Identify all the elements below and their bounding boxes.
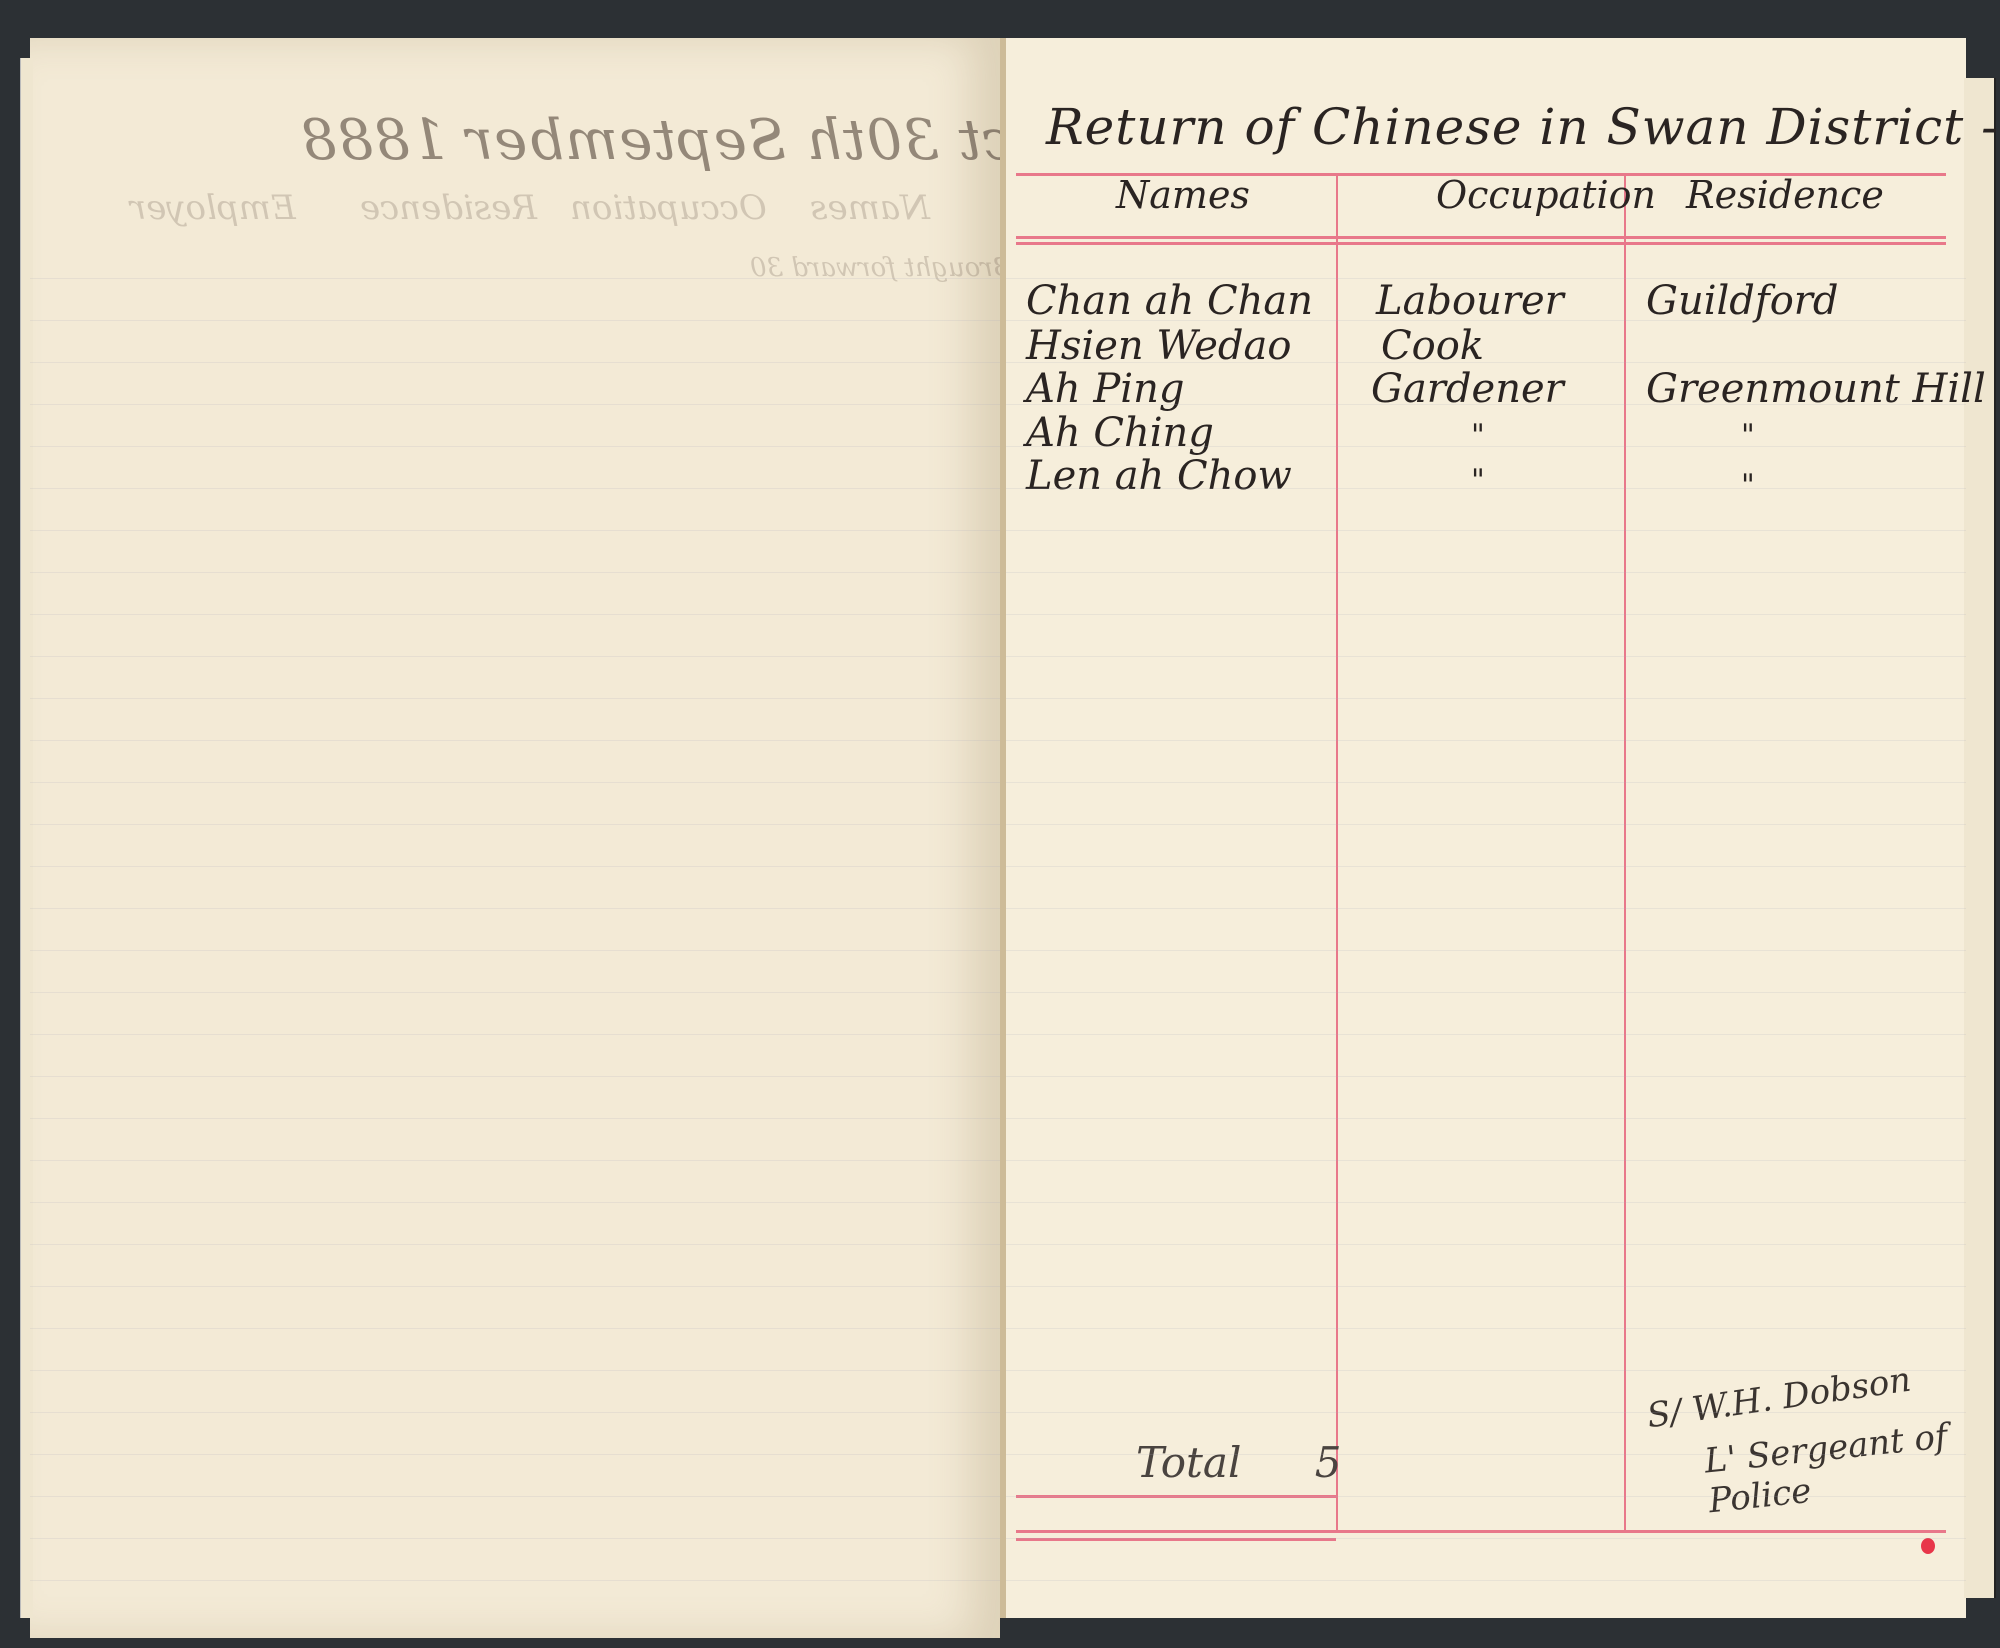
ruled-line xyxy=(30,992,1000,993)
ruled-line xyxy=(1006,1034,1966,1035)
ruled-line xyxy=(1006,1580,1966,1581)
left-page: ...District 30th September 1888 Employer… xyxy=(30,38,1000,1638)
total-row: Total 5 xyxy=(1136,1438,1341,1487)
ruled-line xyxy=(1006,1328,1966,1329)
ruled-line xyxy=(30,278,1000,279)
page-edge xyxy=(20,58,33,1618)
rule xyxy=(1016,242,1946,245)
ruled-line xyxy=(1006,320,1966,321)
rule xyxy=(1016,1530,1946,1533)
row-5-residence-ditto: " xyxy=(1741,468,1755,503)
ruled-line xyxy=(1006,1538,1966,1539)
ruled-line xyxy=(1006,992,1966,993)
ruled-line xyxy=(30,866,1000,867)
bleed-header-names: Names xyxy=(810,188,930,228)
row-1-occupation: Labourer xyxy=(1376,278,1564,324)
ruled-line xyxy=(1006,740,1966,741)
ruled-line xyxy=(30,908,1000,909)
ruled-line xyxy=(30,1034,1000,1035)
ruled-line xyxy=(30,1412,1000,1413)
ruled-line xyxy=(1006,278,1966,279)
ruled-line xyxy=(30,740,1000,741)
ruled-line xyxy=(30,572,1000,573)
ruled-line xyxy=(1006,1286,1966,1287)
ruled-line xyxy=(1006,446,1966,447)
ruled-line xyxy=(30,782,1000,783)
ruled-line xyxy=(1006,1244,1966,1245)
ruled-line xyxy=(1006,866,1966,867)
ruled-line xyxy=(1006,1412,1966,1413)
ruled-line xyxy=(30,1454,1000,1455)
signature-title: L' Sergeant of Police xyxy=(1703,1415,1970,1522)
total-label: Total xyxy=(1136,1438,1241,1487)
rule xyxy=(1016,236,1946,239)
ruled-line xyxy=(30,1160,1000,1161)
ruled-line xyxy=(30,656,1000,657)
ruled-line xyxy=(1006,698,1966,699)
ruled-line xyxy=(30,488,1000,489)
ruled-line xyxy=(30,1580,1000,1581)
bleed-header-residence: Residence xyxy=(360,188,537,228)
ruled-line xyxy=(1006,950,1966,951)
column-header-occupation: Occupation xyxy=(1436,173,1656,217)
bleed-header-occupation: Occupation xyxy=(570,188,767,228)
column-header-names: Names xyxy=(1116,173,1250,217)
ruled-line xyxy=(1006,656,1966,657)
ruled-line xyxy=(1006,908,1966,909)
row-3-name: Ah Ping xyxy=(1026,366,1184,412)
row-4-occupation-ditto: " xyxy=(1471,418,1485,453)
red-ink-dot xyxy=(1921,1538,1935,1554)
ruled-line xyxy=(30,362,1000,363)
ruled-line xyxy=(30,1202,1000,1203)
row-1-name: Chan ah Chan xyxy=(1026,278,1313,324)
bleed-header-employer: Employer xyxy=(130,188,296,228)
row-5-occupation-ditto: " xyxy=(1471,463,1485,498)
ruled-line xyxy=(30,530,1000,531)
row-1-residence: Guildford xyxy=(1646,278,1839,324)
row-5-name: Len ah Chow xyxy=(1026,453,1292,499)
ruled-line xyxy=(1006,1118,1966,1119)
ruled-line xyxy=(30,1244,1000,1245)
row-3-residence: Greenmount Hill xyxy=(1646,366,1986,412)
ruled-line xyxy=(1006,404,1966,405)
ruled-line xyxy=(30,446,1000,447)
ruled-line xyxy=(1006,1370,1966,1371)
total-value: 5 xyxy=(1315,1438,1342,1487)
ruled-line xyxy=(1006,572,1966,573)
row-3-occupation: Gardener xyxy=(1371,366,1564,412)
ruled-line xyxy=(1006,614,1966,615)
underlying-sheet xyxy=(1964,78,1996,1598)
column-header-residence: Residence xyxy=(1686,173,1884,217)
ruled-line xyxy=(30,1118,1000,1119)
ruled-line xyxy=(1006,530,1966,531)
ruled-line xyxy=(30,404,1000,405)
row-4-residence-ditto: " xyxy=(1741,418,1755,453)
ruled-line xyxy=(30,1370,1000,1371)
ruled-line xyxy=(30,824,1000,825)
ruled-line xyxy=(30,320,1000,321)
ruled-line xyxy=(30,698,1000,699)
ruled-line xyxy=(30,1496,1000,1497)
ruled-line xyxy=(30,614,1000,615)
ruled-line xyxy=(30,1286,1000,1287)
right-page: Return of Chinese in Swan District - Sep… xyxy=(1000,38,1966,1618)
ruled-line xyxy=(1006,488,1966,489)
document-title: Return of Chinese in Swan District - Sep… xyxy=(1046,98,2000,156)
ruled-line xyxy=(1006,362,1966,363)
ruled-line xyxy=(30,950,1000,951)
ruled-line xyxy=(1006,824,1966,825)
ruled-line xyxy=(30,1328,1000,1329)
ruled-line xyxy=(1006,1160,1966,1161)
ruled-line xyxy=(1006,1496,1966,1497)
ruled-line xyxy=(1006,1076,1966,1077)
row-4-name: Ah Ching xyxy=(1026,410,1214,456)
ruled-line xyxy=(1006,782,1966,783)
ruled-line xyxy=(1006,1202,1966,1203)
ruled-line xyxy=(30,1076,1000,1077)
ruled-line xyxy=(30,1538,1000,1539)
ruled-line xyxy=(1006,1454,1966,1455)
